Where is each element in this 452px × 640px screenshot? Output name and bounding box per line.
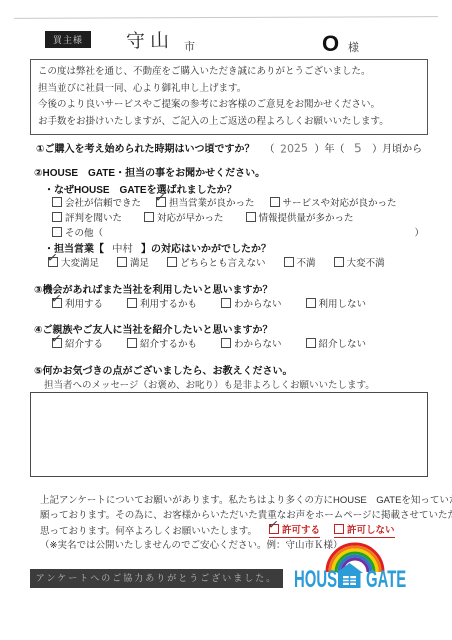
paren: ）年（: [314, 140, 344, 155]
message-box[interactable]: [30, 392, 428, 477]
greeting-line: 今後のより良いサービスやご提案の参考にお客様のご意見をお聞かせください。: [38, 97, 420, 114]
option-label: 利用するかも: [140, 296, 197, 310]
option-label: サービスや対応が良かった: [283, 195, 397, 209]
checkbox-icon: [52, 212, 62, 222]
checkbox-icon: [144, 212, 154, 222]
greeting-line: お手数をお掛けいたしますが、ご記入の上ご返送の程よろしくお願いいたします。: [38, 114, 420, 131]
option-label: 担当営業が良かった: [169, 195, 255, 209]
checkbox-icon: [48, 257, 58, 267]
permission-line1: 上記アンケートについてお願いがあります。私たちはより多くの方にHOUSE GAT…: [40, 492, 452, 506]
option-other[interactable]: その他（: [52, 225, 103, 239]
option-label: どちらとも言えない: [180, 255, 266, 269]
house-icon: [336, 562, 363, 589]
option-label: その他（: [65, 225, 103, 239]
option-label: 利用する: [65, 296, 103, 310]
option-label: わからない: [234, 296, 282, 310]
option-very-dissatisfied[interactable]: 大変不満: [334, 255, 385, 269]
city-handwritten: 守山: [126, 26, 174, 54]
option-label: 満足: [130, 255, 149, 269]
option-company-trust[interactable]: 会社が信頼できた: [52, 195, 141, 209]
option-label: 紹介しない: [319, 336, 367, 350]
paren: （: [264, 140, 274, 155]
option-label: 大変不満: [347, 255, 385, 269]
option-dont-know[interactable]: わからない: [221, 296, 282, 310]
q2-why-options-row3: その他（ ）: [52, 225, 424, 239]
q2-agent-options: 大変満足 満足 どちらとも言えない 不満 大変不満: [48, 255, 385, 269]
q2-why-options-row2: 評判を聞いた 対応が早かった 情報提供量が多かった: [52, 210, 354, 224]
checkbox-icon: [284, 257, 294, 267]
option-label: 評判を聞いた: [65, 210, 122, 224]
option-deny[interactable]: 許可しない: [334, 522, 395, 538]
option-label: 会社が信頼できた: [65, 195, 141, 209]
checkbox-icon: [269, 524, 279, 534]
option-fast-response[interactable]: 対応が早かった: [144, 210, 224, 224]
option-label: 情報提供量が多かった: [259, 210, 354, 224]
scan-artifact-line: [14, 16, 438, 19]
greeting-line: この度は弊社を通じ、不動産をご購入いただき誠にありがとうございました。: [38, 64, 420, 81]
month-field[interactable]: 5: [354, 141, 362, 155]
survey-document: 買主様 守山 市 O 様 この度は弊社を通じ、不動産をご購入いただき誠にありがと…: [0, 0, 452, 640]
name-handwritten: O: [322, 31, 339, 57]
option-label: 許可しない: [347, 522, 395, 536]
checkbox-icon: [167, 257, 177, 267]
question-2-agent-label: ・担当営業【 中村 】の対応はいかがでしたか？: [44, 240, 271, 256]
checkbox-icon: [52, 338, 62, 348]
checkbox-icon: [52, 227, 62, 237]
option-label: 不満: [297, 255, 316, 269]
option-label: 対応が早かった: [157, 210, 224, 224]
checkbox-icon: [127, 298, 137, 308]
greeting-line: 担当並びに社員一同、心より御礼申し上げます。: [38, 81, 420, 98]
option-label: 紹介するかも: [140, 336, 197, 350]
permission-line3-text: 思っております。何卒よろしくお願いいたします。: [40, 523, 257, 537]
thanks-bar: アンケートへのご協力ありがとうございました。: [30, 569, 283, 588]
checkbox-icon: [52, 298, 62, 308]
checkbox-icon: [52, 197, 62, 207]
recipient-tag: 買主様: [45, 31, 91, 48]
greeting-box: この度は弊社を通じ、不動産をご購入いただき誠にありがとうございました。 担当並び…: [30, 59, 428, 135]
option-might-use[interactable]: 利用するかも: [127, 296, 197, 310]
question-1: ①ご購入を考え始められた時期はいつ頃ですか？ （ 2025 ）年（ 5 ）月頃か…: [36, 140, 422, 155]
checkbox-icon: [117, 257, 127, 267]
option-service-good[interactable]: サービスや対応が良かった: [270, 195, 397, 209]
permission-line3: 思っております。何卒よろしくお願いいたします。 許可する 許可しない: [40, 522, 395, 538]
option-label: 許可する: [282, 522, 320, 536]
option-permit[interactable]: 許可する: [269, 522, 320, 538]
question-5-label: ⑤何かお気づきの点がございましたら、お教えください。: [34, 362, 292, 377]
option-will-use[interactable]: 利用する: [52, 296, 103, 310]
option-wont-use[interactable]: 利用しない: [306, 296, 367, 310]
checkbox-icon: [127, 338, 137, 348]
option-agent-good[interactable]: 担当営業が良かった: [156, 195, 255, 209]
option-neutral[interactable]: どちらとも言えない: [167, 255, 266, 269]
checkbox-icon: [306, 338, 316, 348]
question-5-sublabel: 担当者へのメッセージ（お褒め、お叱り）も是非よろしくお願いいたします。: [44, 377, 375, 391]
question-2-why-label: ・なぜHOUSE GATEを選ばれましたか？: [44, 181, 237, 196]
question-3-label: ③機会があればまた当社を利用したいと思いますか？: [34, 281, 272, 296]
agent-label-post: 】の対応はいかがでしたか？: [141, 240, 271, 255]
checkbox-icon: [270, 197, 280, 207]
option-label: 紹介する: [65, 336, 103, 350]
question-2-label: ②HOUSE GATE・担当の事をお聞かせください。: [34, 164, 265, 179]
paren: ）: [414, 225, 424, 239]
checkbox-icon: [334, 524, 344, 534]
city-suffix: 市: [184, 38, 195, 54]
option-wont-refer[interactable]: 紹介しない: [306, 336, 367, 350]
agent-name-handwritten[interactable]: 中村: [112, 241, 133, 256]
logo-gate-text: GATE: [366, 568, 406, 592]
checkbox-icon: [221, 298, 231, 308]
option-satisfied[interactable]: 満足: [117, 255, 149, 269]
checkbox-icon: [246, 212, 256, 222]
option-dont-know[interactable]: わからない: [221, 336, 282, 350]
checkbox-icon: [156, 197, 166, 207]
option-dissatisfied[interactable]: 不満: [284, 255, 316, 269]
option-info-volume[interactable]: 情報提供量が多かった: [246, 210, 354, 224]
name-suffix: 様: [348, 39, 359, 55]
checkbox-icon: [221, 338, 231, 348]
q3-options: 利用する 利用するかも わからない 利用しない: [52, 296, 366, 310]
checkbox-icon: [334, 257, 344, 267]
option-label: 大変満足: [61, 255, 99, 269]
option-might-refer[interactable]: 紹介するかも: [127, 336, 197, 350]
option-label: 利用しない: [319, 296, 367, 310]
permission-line2: 願っております。その為に、お客様からいただいた貴重なお声をホームページに掲載させ…: [40, 507, 452, 521]
q4-options: 紹介する 紹介するかも わからない 紹介しない: [52, 336, 366, 350]
paren: ）月頃から: [372, 140, 422, 155]
question-1-label: ①ご購入を考え始められた時期はいつ頃ですか？: [36, 140, 254, 155]
checkbox-icon: [306, 298, 316, 308]
q2-why-options-row1: 会社が信頼できた 担当営業が良かった サービスや対応が良かった: [52, 195, 397, 209]
option-reputation[interactable]: 評判を聞いた: [52, 210, 122, 224]
year-field[interactable]: 2025: [280, 141, 309, 155]
option-label: わからない: [234, 336, 282, 350]
house-gate-logo: HOUSE GATE: [292, 540, 432, 600]
option-will-refer[interactable]: 紹介する: [52, 336, 103, 350]
option-very-satisfied[interactable]: 大変満足: [48, 255, 99, 269]
question-4-label: ④ご親族やご友人に当社を紹介したいと思いますか？: [34, 321, 272, 336]
